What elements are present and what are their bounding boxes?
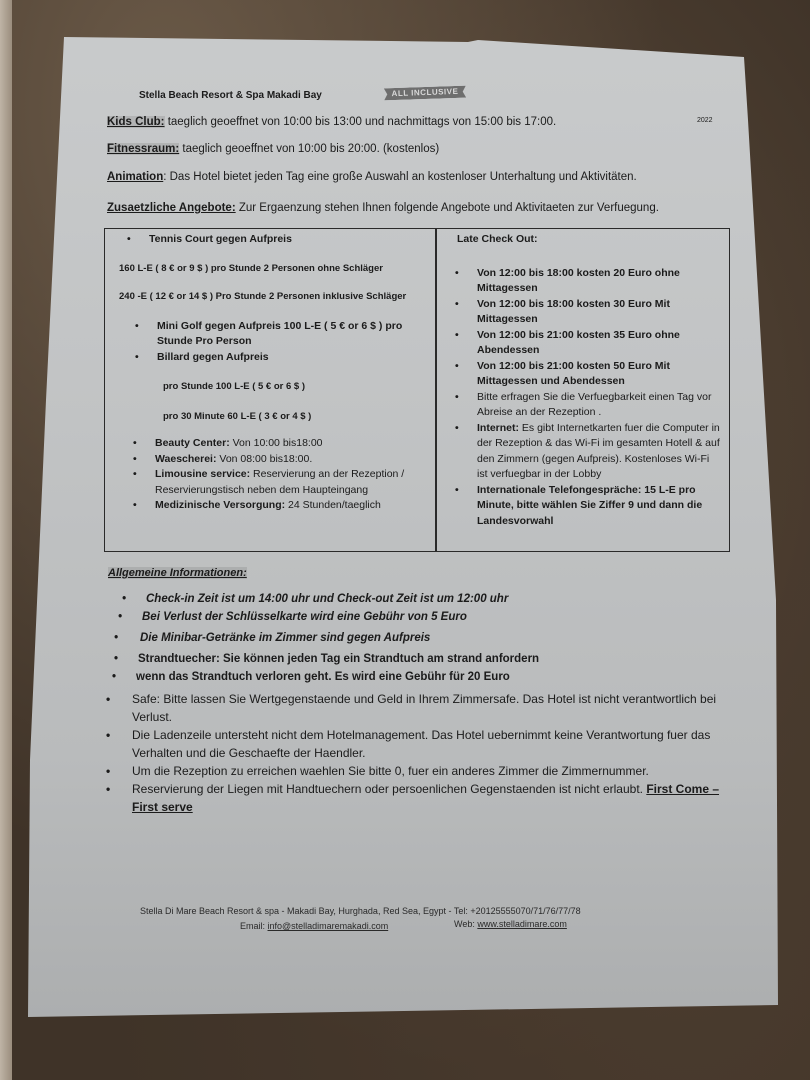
- services-list: Beauty Center: Von 10:00 bis18:00 Waesch…: [133, 436, 427, 514]
- general-info-title: Allgemeine Informationen:: [108, 567, 247, 579]
- column-divider: [435, 229, 437, 551]
- availability-note: Bitte erfragen Sie die Verfuegbarkeit ei…: [455, 390, 722, 421]
- shops-item: Die Ladenzeile untersteht nicht dem Hote…: [106, 726, 736, 762]
- billard-price-1: pro Stunde 100 L-E ( 5 € or 6 $ ): [163, 379, 427, 395]
- resort-name: Stella Beach Resort & Spa Makadi Bay: [139, 90, 322, 101]
- billard-price-2: pro 30 Minute 60 L-E ( 3 € or 4 $ ): [163, 409, 427, 425]
- animation-label: Animation: [107, 171, 163, 183]
- reception-item: Um die Rezeption zu erreichen waehlen Si…: [106, 762, 736, 780]
- general-info-list: Safe: Bitte lassen Sie Wertgegenstaende …: [106, 690, 736, 816]
- minibar-item: Die Minibar-Getränke im Zimmer sind gege…: [114, 629, 720, 647]
- fitness-label: Fitnessraum:: [107, 143, 179, 155]
- late-checkout-list: Von 12:00 bis 18:00 kosten 20 Euro ohne …: [455, 266, 722, 530]
- billard-item: Billard gegen Aufpreis: [135, 350, 427, 366]
- late-item: Von 12:00 bis 18:00 kosten 30 Euro Mit M…: [455, 297, 722, 328]
- left-column: Tennis Court gegen Aufpreis 160 L-E ( 8 …: [127, 232, 427, 514]
- offers-table: Tennis Court gegen Aufpreis 160 L-E ( 8 …: [104, 228, 730, 552]
- internet-item: Internet: Es gibt Internetkarten fuer di…: [455, 421, 722, 483]
- kids-club-label: Kids Club:: [107, 116, 165, 128]
- web-link[interactable]: www.stelladimare.com: [477, 919, 567, 929]
- kids-club-line: Kids Club: taeglich geoeffnet von 10:00 …: [107, 116, 556, 128]
- towel-loss-item: wenn das Strandtuch verloren geht. Es wi…: [112, 668, 720, 686]
- all-inclusive-badge: ALL INCLUSIVE: [384, 86, 466, 101]
- general-info-bold-list: Check-in Zeit ist um 14:00 uhr und Check…: [120, 590, 720, 686]
- keycard-item: Bei Verlust der Schlüsselkarte wird eine…: [118, 608, 720, 626]
- year: 2022: [697, 117, 713, 124]
- late-item: Von 12:00 bis 21:00 kosten 35 Euro ohne …: [455, 328, 722, 359]
- late-checkout-title: Late Check Out:: [457, 232, 722, 248]
- footer-web: Web: www.stelladimare.com: [454, 919, 567, 929]
- minigolf-item: Mini Golf gegen Aufpreis 100 L-E ( 5 € o…: [135, 319, 432, 350]
- tennis-price-2: 240 -E ( 12 € or 14 $ ) Pro Stunde 2 Per…: [119, 289, 427, 305]
- checkin-item: Check-in Zeit ist um 14:00 uhr und Check…: [122, 590, 720, 608]
- tennis-price-1: 160 L-E ( 8 € or 9 $ ) pro Stunde 2 Pers…: [119, 261, 427, 277]
- service-beauty: Beauty Center: Von 10:00 bis18:00: [133, 436, 427, 452]
- animation-line: Animation: Das Hotel bietet jeden Tag ei…: [107, 171, 637, 183]
- late-item: Von 12:00 bis 18:00 kosten 20 Euro ohne …: [455, 266, 722, 297]
- safe-item: Safe: Bitte lassen Sie Wertgegenstaende …: [106, 690, 736, 726]
- service-medical: Medizinische Versorgung: 24 Stunden/taeg…: [133, 498, 427, 514]
- loungers-item: Reservierung der Liegen mit Handtuechern…: [106, 780, 736, 816]
- fitness-line: Fitnessraum: taeglich geoeffnet von 10:0…: [107, 143, 439, 155]
- phone-item: Internationale Telefongespräche: 15 L-E …: [455, 483, 722, 530]
- towel-item: Strandtuecher: Sie können jeden Tag ein …: [114, 650, 720, 668]
- extras-line: Zusaetzliche Angebote: Zur Ergaenzung st…: [107, 202, 659, 214]
- footer-address: Stella Di Mare Beach Resort & spa - Maka…: [140, 906, 581, 916]
- service-laundry: Waescherei: Von 08:00 bis18:00.: [133, 452, 427, 468]
- service-limousine: Limousine service: Reservierung an der R…: [133, 467, 445, 498]
- footer-email: Email: info@stelladimaremakadi.com: [240, 921, 388, 931]
- document: Stella Beach Resort & Spa Makadi Bay ALL…: [0, 0, 810, 1080]
- tennis-item: Tennis Court gegen Aufpreis: [127, 232, 427, 248]
- right-column: Late Check Out: Von 12:00 bis 18:00 kost…: [457, 232, 722, 529]
- extras-label: Zusaetzliche Angebote:: [107, 202, 236, 214]
- email-link[interactable]: info@stelladimaremakadi.com: [268, 921, 389, 931]
- late-item: Von 12:00 bis 21:00 kosten 50 Euro Mit M…: [455, 359, 722, 390]
